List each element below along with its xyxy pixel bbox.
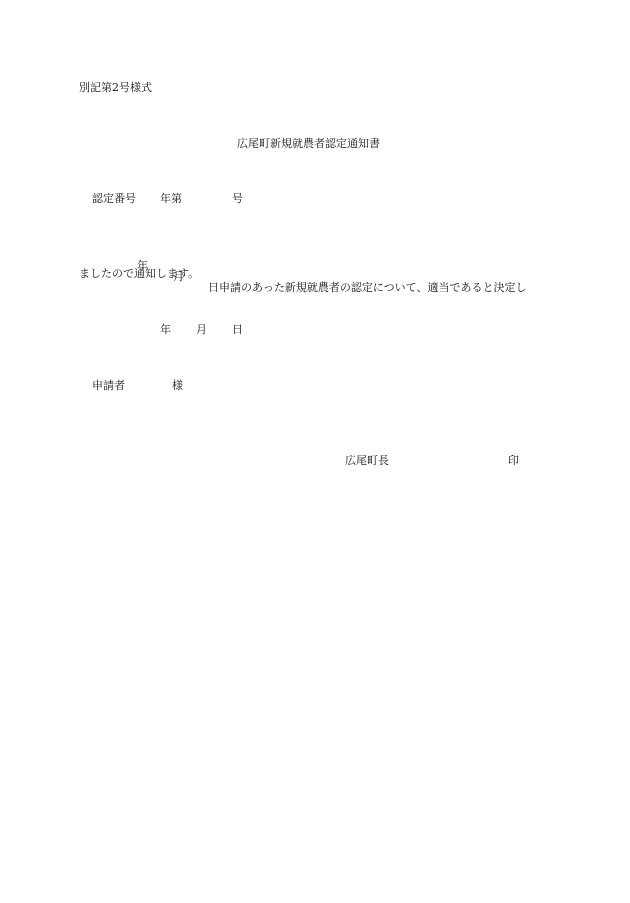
applicant-label: 申請者 xyxy=(92,380,125,391)
form-number-label: 別記第2号様式 xyxy=(79,82,152,93)
date-year: 年 xyxy=(160,324,171,335)
issuer-title: 広尾町長 xyxy=(345,455,389,466)
document-title: 広尾町新規就農者認定通知書 xyxy=(237,138,380,149)
applicant-honorific: 様 xyxy=(172,380,183,391)
body-sentence: 日申請のあった新規就農者の認定について、適当であると決定し xyxy=(208,282,526,293)
date-month: 月 xyxy=(196,324,207,335)
certification-number-label: 認定番号 xyxy=(92,193,136,204)
certification-year-dai: 年第 xyxy=(160,193,182,204)
certification-go: 号 xyxy=(232,193,243,204)
body-text-line2: ましたので通知します。 xyxy=(79,268,199,279)
seal-mark: 印 xyxy=(508,455,519,466)
date-day: 日 xyxy=(232,324,243,335)
